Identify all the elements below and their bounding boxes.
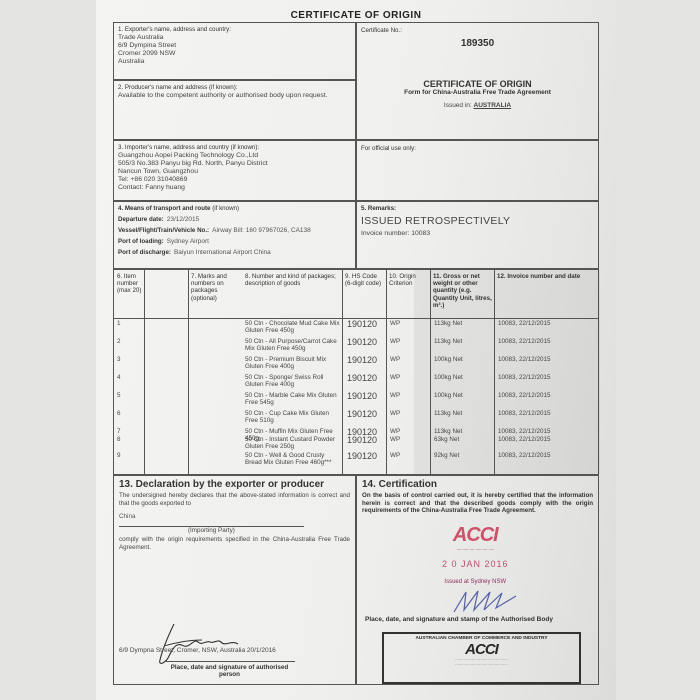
issued-in: Issued in: AUSTRALIA <box>361 102 594 109</box>
departure-label: Departure date: <box>118 216 164 223</box>
row-description: 50 Ctn - Marble Cake Mix Gluten Free 545… <box>245 392 341 407</box>
discharge-value: Baiyun International Airport China <box>174 249 271 256</box>
row-origin-criterion: WP <box>390 338 428 345</box>
exporter-line: Cromer 2099 NSW <box>118 50 351 58</box>
exporter-line: Australia <box>118 58 351 66</box>
official-use-label: For official use only: <box>361 145 594 152</box>
importer-lines: Guangzhou Aopei Packing Technology Co.,L… <box>118 152 351 192</box>
row-invoice: 10083, 22/12/2015 <box>498 338 594 345</box>
remarks-invoice: Invoice number: 10083 <box>361 230 594 238</box>
importer-label: 3. Importer's name, address and country … <box>118 144 351 151</box>
row-hs-code: 190120 <box>347 375 385 382</box>
importing-party: China <box>119 513 304 527</box>
header-origin: 10. Origin Criterion <box>389 273 429 287</box>
certificate-subtitle: Form for China-Australia Free Trade Agre… <box>361 89 594 96</box>
certificate-number-label: Certificate No.: <box>361 27 594 34</box>
row-description: 50 Ctn - All Purpose/Carrot Cake Mix Glu… <box>245 338 341 353</box>
row-description: 50 Ctn - Premium Biscuit Mix Gluten Free… <box>245 356 341 371</box>
row-description: 50 Ctn - Cup Cake Mix Gluten Free 510g <box>245 410 341 425</box>
stamp-logo: ACCI <box>442 524 509 547</box>
row-origin-criterion: WP <box>390 392 428 399</box>
authority-signature <box>452 588 522 616</box>
declaration-compliance: comply with the origin requirements spec… <box>119 536 350 551</box>
header-marks: 7. Marks and numbers on packages (option… <box>191 273 239 302</box>
exporter-lines: Trade Australia 6/9 Dympina Street Crome… <box>118 34 351 66</box>
loading-value: Sydney Airport <box>167 238 209 245</box>
acci-box-logo: ACCI <box>384 641 579 658</box>
row-quantity: 113kg Net <box>434 410 492 417</box>
header-qty: 11. Gross or net weight or other quantit… <box>433 273 493 309</box>
importer-line: 505/3 No.383 Panyu big Rd. North, Panyu … <box>118 160 351 168</box>
row-hs-code: 190120 <box>347 411 385 418</box>
acci-stamp: ACCI — — — — — — 2 0 JAN 2016 Issued at … <box>442 524 509 585</box>
discharge-label: Port of discharge: <box>118 249 171 256</box>
transport-label-suffix: (if known) <box>212 205 239 212</box>
exporter-label: 1. Exporter's name, address and country: <box>118 26 351 33</box>
issued-in-country: AUSTRALIA <box>474 102 512 109</box>
vessel-label: Vessel/Flight/Train/Vehicle No.: <box>118 227 209 234</box>
certification-heading: 14. Certification <box>362 479 593 490</box>
importer-line: Tel: +86 020 31040869 <box>118 176 351 184</box>
row-origin-criterion: WP <box>390 374 428 381</box>
row-invoice: 10083, 22/12/2015 <box>498 428 594 435</box>
row-item-number: 9 <box>117 452 142 459</box>
exporter-line: 6/9 Dympina Street <box>118 42 351 50</box>
document-title: CERTIFICATE OF ORIGIN <box>96 10 616 21</box>
departure-row: Departure date:23/12/2015 <box>118 216 351 223</box>
row-origin-criterion: WP <box>390 410 428 417</box>
column-divider <box>494 270 495 474</box>
certificate-number-box: Certificate No.: 189350 CERTIFICATE OF O… <box>356 22 599 140</box>
certification-text: On the basis of control carried out, it … <box>362 492 593 515</box>
row-quantity: 113kg Net <box>434 338 492 345</box>
row-quantity: 100kg Net <box>434 392 492 399</box>
row-quantity: 92kg Net <box>434 452 492 459</box>
row-origin-criterion: WP <box>390 436 428 443</box>
producer-box: 2. Producer's name and address (if known… <box>113 80 356 140</box>
row-quantity: 100kg Net <box>434 356 492 363</box>
declaration-text: The undersigned hereby declares that the… <box>119 492 350 507</box>
header-invoice: 12. Invoice number and date <box>497 273 595 280</box>
exporter-box: 1. Exporter's name, address and country:… <box>113 22 356 80</box>
issued-in-label: Issued in: <box>444 102 472 109</box>
loading-label: Port of loading: <box>118 238 164 245</box>
column-divider <box>430 270 431 474</box>
acci-box-fineprint: ········································… <box>384 658 579 667</box>
column-divider <box>342 270 343 474</box>
goods-table: 6. Item number (max 20) 7. Marks and num… <box>113 269 599 475</box>
row-item-number: 2 <box>117 338 142 345</box>
row-description: 50 Ctn - Well & Good Crusty Bread Mix Gl… <box>245 452 341 467</box>
row-quantity: 100kg Net <box>434 374 492 381</box>
row-quantity: 63kg Net <box>434 436 492 443</box>
declaration-heading: 13. Declaration by the exporter or produ… <box>119 479 350 490</box>
transport-label-text: 4. Means of transport and route <box>118 205 210 212</box>
row-origin-criterion: WP <box>390 428 428 435</box>
column-divider <box>386 270 387 474</box>
column-divider <box>188 270 189 474</box>
row-description: 50 Ctn - Sponge/ Swiss Roll Gluten Free … <box>245 374 341 389</box>
stamp-issued: Issued at Sydney NSW <box>442 579 509 585</box>
acci-letterhead-box: AUSTRALIAN CHAMBER OF COMMERCE AND INDUS… <box>382 632 581 684</box>
row-item-number: 3 <box>117 356 142 363</box>
row-invoice: 10083, 22/12/2015 <box>498 374 594 381</box>
certificate-number: 189350 <box>361 38 594 49</box>
vessel-value: Airway Bill: 160 97967026, CA138 <box>212 227 311 234</box>
importer-box: 3. Importer's name, address and country … <box>113 140 356 201</box>
row-hs-code: 190120 <box>347 437 385 444</box>
producer-label: 2. Producer's name and address (if known… <box>118 84 351 91</box>
row-invoice: 10083, 22/12/2015 <box>498 392 594 399</box>
loading-row: Port of loading:Sydney Airport <box>118 238 351 245</box>
certificate-page: CERTIFICATE OF ORIGIN 1. Exporter's name… <box>96 0 616 700</box>
row-hs-code: 190120 <box>347 393 385 400</box>
producer-text: Available to the competent authority or … <box>118 92 351 100</box>
remarks-label: 5. Remarks: <box>361 205 594 212</box>
importing-party-caption: (Importing Party) <box>119 527 304 534</box>
header-desc: 8. Number and kind of packages; descript… <box>245 273 340 287</box>
row-item-number: 4 <box>117 374 142 381</box>
certification-signature-caption: Place, date, and signature and stamp of … <box>365 616 553 623</box>
remarks-main: ISSUED RETROSPECTIVELY <box>361 215 594 227</box>
row-item-number: 8 <box>117 436 142 443</box>
stamp-abn: — — — — — — <box>442 547 509 553</box>
certification-box: 14. Certification On the basis of contro… <box>356 475 599 685</box>
transport-label: 4. Means of transport and route (if know… <box>118 205 351 212</box>
row-hs-code: 190120 <box>347 357 385 364</box>
row-invoice: 10083, 22/12/2015 <box>498 436 594 443</box>
exporter-signature <box>154 616 264 666</box>
row-invoice: 10083, 22/12/2015 <box>498 320 594 327</box>
row-origin-criterion: WP <box>390 452 428 459</box>
certificate-title: CERTIFICATE OF ORIGIN <box>361 79 594 89</box>
header-hs: 9. HS Code (6-digit code) <box>345 273 385 287</box>
importer-line: Guangzhou Aopei Packing Technology Co.,L… <box>118 152 351 160</box>
row-quantity: 113kg Net <box>434 428 492 435</box>
discharge-row: Port of discharge:Baiyun International A… <box>118 249 351 256</box>
row-hs-code: 190120 <box>347 453 385 460</box>
row-description: 50 Ctn - Instant Custard Powder Gluten F… <box>245 436 341 451</box>
row-origin-criterion: WP <box>390 356 428 363</box>
header-item: 6. Item number (max 20) <box>117 273 143 295</box>
row-item-number: 6 <box>117 410 142 417</box>
row-hs-code: 190120 <box>347 339 385 346</box>
row-item-number: 1 <box>117 320 142 327</box>
stamp-date: 2 0 JAN 2016 <box>442 559 509 569</box>
departure-date: 23/12/2015 <box>167 216 200 223</box>
row-item-number: 5 <box>117 392 142 399</box>
row-hs-code: 190120 <box>347 321 385 328</box>
declaration-signature-caption: Place, date and signature of authorised … <box>164 661 295 678</box>
row-quantity: 113kg Net <box>434 320 492 327</box>
official-use-box: For official use only: <box>356 140 599 201</box>
row-origin-criterion: WP <box>390 320 428 327</box>
declaration-box: 13. Declaration by the exporter or produ… <box>113 475 356 685</box>
importer-line: Contact: Fanny huang <box>118 184 351 192</box>
vessel-row: Vessel/Flight/Train/Vehicle No.:Airway B… <box>118 227 351 234</box>
row-invoice: 10083, 22/12/2015 <box>498 452 594 459</box>
column-divider <box>144 270 145 474</box>
row-invoice: 10083, 22/12/2015 <box>498 410 594 417</box>
importer-line: Nancun Town, Guangzhou <box>118 168 351 176</box>
row-description: 50 Ctn - Chocolate Mud Cake Mix Gluten F… <box>245 320 341 335</box>
exporter-line: Trade Australia <box>118 34 351 42</box>
remarks-box: 5. Remarks: ISSUED RETROSPECTIVELY Invoi… <box>356 201 599 269</box>
row-item-number: 7 <box>117 428 142 435</box>
declaration-place-date: 6/9 Dympna Street, Cromer, NSW, Australi… <box>119 647 276 654</box>
row-invoice: 10083, 22/12/2015 <box>498 356 594 363</box>
transport-box: 4. Means of transport and route (if know… <box>113 201 356 269</box>
